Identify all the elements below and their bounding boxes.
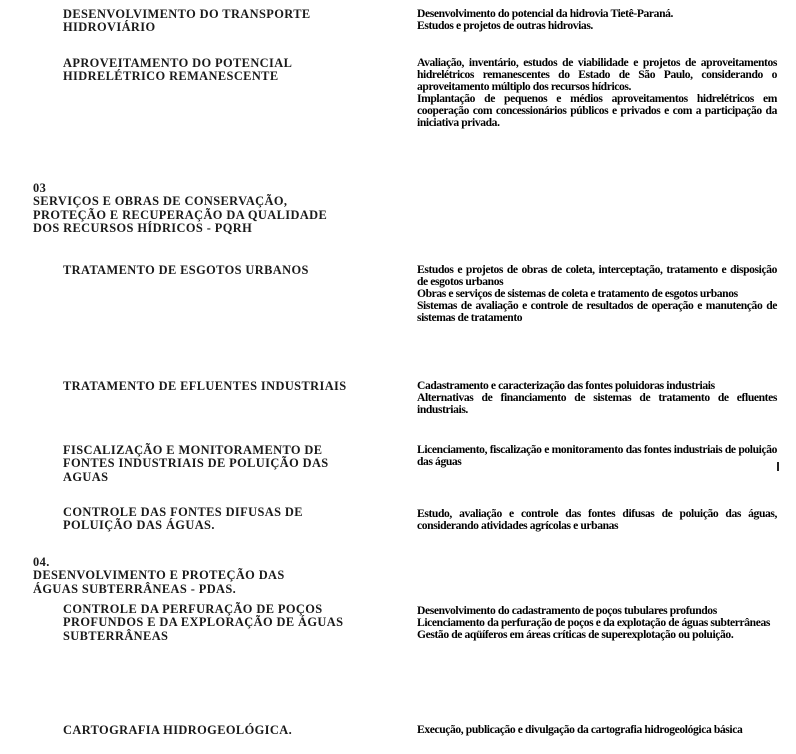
item-description-cartografia-hidrogeologica: Execução, publicação e divulgação da car… (417, 724, 777, 736)
description-line: Gestão de aqüíferos em áreas críticas de… (417, 629, 777, 641)
description-line: Obras e serviços de sistemas de coleta e… (417, 288, 777, 300)
description-line: Estudos e projetos de obras de coleta, i… (417, 264, 777, 288)
item-description-esgotos-urbanos: Estudos e projetos de obras de coleta, i… (417, 264, 777, 324)
description-line: Estudos e projetos de outras hidrovias. (417, 20, 777, 32)
item-title-potencial-hidreletrico: APROVEITAMENTO DO POTENCIAL HIDRELÉTRICO… (63, 57, 363, 84)
item-description-fontes-difusas: Estudo, avaliação e controle das fontes … (417, 508, 777, 532)
description-line: Implantação de pequenos e médios aprovei… (417, 93, 777, 129)
item-title-transporte-hidroviario: DESENVOLVIMENTO DO TRANSPORTE HIDROVIÁRI… (63, 8, 363, 35)
section-number: 03 (33, 182, 58, 195)
item-title-perfuracao-pocos: CONTROLE DA PERFURAÇÃO DE POÇOS PROFUNDO… (63, 603, 363, 643)
item-description-transporte-hidroviario: Desenvolvimento do potencial da hidrovia… (417, 8, 777, 32)
description-line: Estudo, avaliação e controle das fontes … (417, 508, 777, 532)
item-title-fontes-difusas: CONTROLE DAS FONTES DIFUSAS DE POLUIÇÃO … (63, 506, 363, 533)
section-number: 04. (33, 556, 58, 569)
description-line: Sistemas de avaliação e controle de resu… (417, 300, 777, 324)
description-line: Alternativas de financiamento de sistema… (417, 392, 777, 416)
description-line: Avaliação, inventário, estudos de viabil… (417, 57, 777, 93)
section-title: DESENVOLVIMENTO E PROTEÇÃO DAS ÁGUAS SUB… (33, 569, 333, 596)
description-line: Licenciamento, fiscalização e monitorame… (417, 444, 777, 468)
item-title-fiscalizacao-monitoramento: FISCALIZAÇÃO E MONITORAMENTO DE FONTES I… (63, 444, 363, 484)
section-heading-04: 04.DESENVOLVIMENTO E PROTEÇÃO DAS ÁGUAS … (33, 556, 333, 596)
scan-mark (777, 462, 779, 471)
item-description-potencial-hidreletrico: Avaliação, inventário, estudos de viabil… (417, 57, 777, 128)
item-description-perfuracao-pocos: Desenvolvimento do cadastramento de poço… (417, 605, 777, 641)
section-heading-03: 03SERVIÇOS E OBRAS DE CONSERVAÇÃO, PROTE… (33, 182, 333, 236)
item-title-esgotos-urbanos: TRATAMENTO DE ESGOTOS URBANOS (63, 264, 363, 277)
item-description-efluentes-industriais: Cadastramento e caracterização das fonte… (417, 380, 777, 416)
description-line: Execução, publicação e divulgação da car… (417, 724, 777, 736)
item-description-fiscalizacao-monitoramento: Licenciamento, fiscalização e monitorame… (417, 444, 777, 468)
section-title: SERVIÇOS E OBRAS DE CONSERVAÇÃO, PROTEÇÃ… (33, 195, 333, 235)
item-title-cartografia-hidrogeologica: CARTOGRAFIA HIDROGEOLÓGICA. (63, 724, 363, 737)
item-title-efluentes-industriais: TRATAMENTO DE EFLUENTES INDUSTRIAIS (63, 380, 363, 393)
